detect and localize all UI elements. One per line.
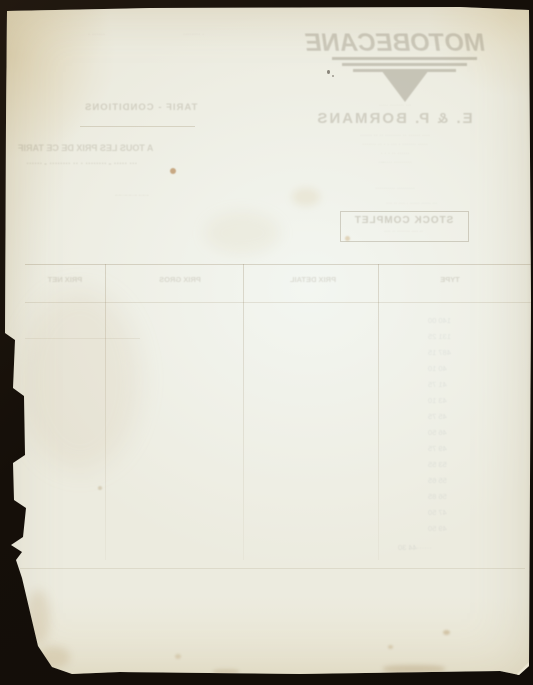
table-header: PRIX NET bbox=[30, 275, 100, 284]
table-column-line bbox=[243, 264, 244, 560]
photo-background: MOTOBECANE ··· ········ ····· E. & P. BO… bbox=[0, 0, 533, 685]
stock-complet-title: STOCK COMPLET bbox=[341, 215, 466, 226]
address-line: ····· ······· · ··· · · ·· ······· bbox=[310, 142, 480, 148]
table-header: TYPE bbox=[420, 275, 480, 284]
folded-corner bbox=[515, 661, 530, 676]
price-value: 487 15 bbox=[428, 348, 451, 357]
ink-fleck bbox=[332, 75, 334, 77]
price-value: 45 75 bbox=[428, 412, 447, 421]
table-top-rule bbox=[25, 264, 531, 265]
foxing-spot bbox=[443, 630, 450, 635]
stain-blotch bbox=[20, 290, 140, 470]
bottom-smudge bbox=[213, 669, 239, 674]
tarif-heading: TARIF - CONDITIONS bbox=[84, 102, 197, 113]
table-header: PRIX DETAIL bbox=[268, 275, 358, 284]
edge-blotch bbox=[38, 646, 70, 668]
table-bottom-rule bbox=[20, 568, 525, 569]
price-value: 40 10 bbox=[428, 364, 447, 373]
wide-small-line: ··· ······ ······ · ···· ·· ···· bbox=[333, 201, 490, 207]
stock-complet-subtitle: ·· ···· ········ ·· ···· bbox=[341, 229, 466, 235]
total-line: ······44 30 bbox=[398, 543, 432, 552]
top-left-note2: · ········ bbox=[183, 31, 204, 38]
price-value: 43 10 bbox=[428, 396, 447, 405]
rust-stain-spot bbox=[170, 168, 176, 174]
price-value: 49 50 bbox=[428, 524, 447, 533]
address-line: ···· ······ ·· ········ ·· ·· ······ bbox=[310, 133, 480, 139]
company-name: E. & P. BORMANS bbox=[308, 110, 480, 127]
note-line1: A TOUS LES PRIX DE CE TARIF bbox=[18, 143, 153, 153]
top-left-note: ······ · bbox=[88, 31, 105, 38]
stock-complet-box: STOCK COMPLET ·· ···· ········ ·· ···· bbox=[340, 211, 469, 242]
address-line: ······ ·· · · · bbox=[310, 151, 480, 157]
price-value: 55 65 bbox=[428, 476, 447, 485]
price-value: 53 55 bbox=[428, 460, 447, 469]
address-line: ········· ····-·· bbox=[310, 160, 480, 166]
table-column-line bbox=[378, 264, 379, 560]
bottom-smudge bbox=[383, 665, 445, 673]
price-value: 41 75 bbox=[428, 380, 447, 389]
price-value: 46 50 bbox=[428, 428, 447, 437]
stain-blotch bbox=[205, 212, 280, 254]
price-value: 131 25 bbox=[428, 332, 451, 341]
tarif-underline bbox=[80, 126, 195, 127]
brand-logo-text: MOTOBECANE bbox=[303, 29, 487, 58]
foxing-spot bbox=[175, 654, 181, 659]
phone-line: ········· ·········· bbox=[320, 186, 470, 192]
price-value: 140 00 bbox=[428, 316, 451, 325]
paper-sheet: MOTOBECANE ··· ········ ····· E. & P. BO… bbox=[0, 0, 533, 685]
eagle-icon bbox=[332, 57, 477, 105]
foxing-spot bbox=[388, 645, 393, 649]
header-small-line: ··· ········ ····· bbox=[335, 103, 455, 109]
foxing-spot bbox=[345, 236, 350, 241]
edge-blotch bbox=[26, 590, 50, 645]
price-value: 47 50 bbox=[428, 508, 447, 517]
price-value: 56 85 bbox=[428, 492, 447, 501]
foxing-spot bbox=[98, 486, 102, 490]
ink-fleck bbox=[327, 70, 330, 74]
price-value: 49 75 bbox=[428, 444, 447, 453]
dash-line: -·-·- -··-·-··-·- bbox=[115, 193, 149, 199]
table-header: PRIX GROS bbox=[135, 275, 225, 284]
stain-blotch bbox=[292, 188, 320, 206]
note-line2: ··· ····· - ········ · ·· ········ - ···… bbox=[26, 159, 137, 168]
